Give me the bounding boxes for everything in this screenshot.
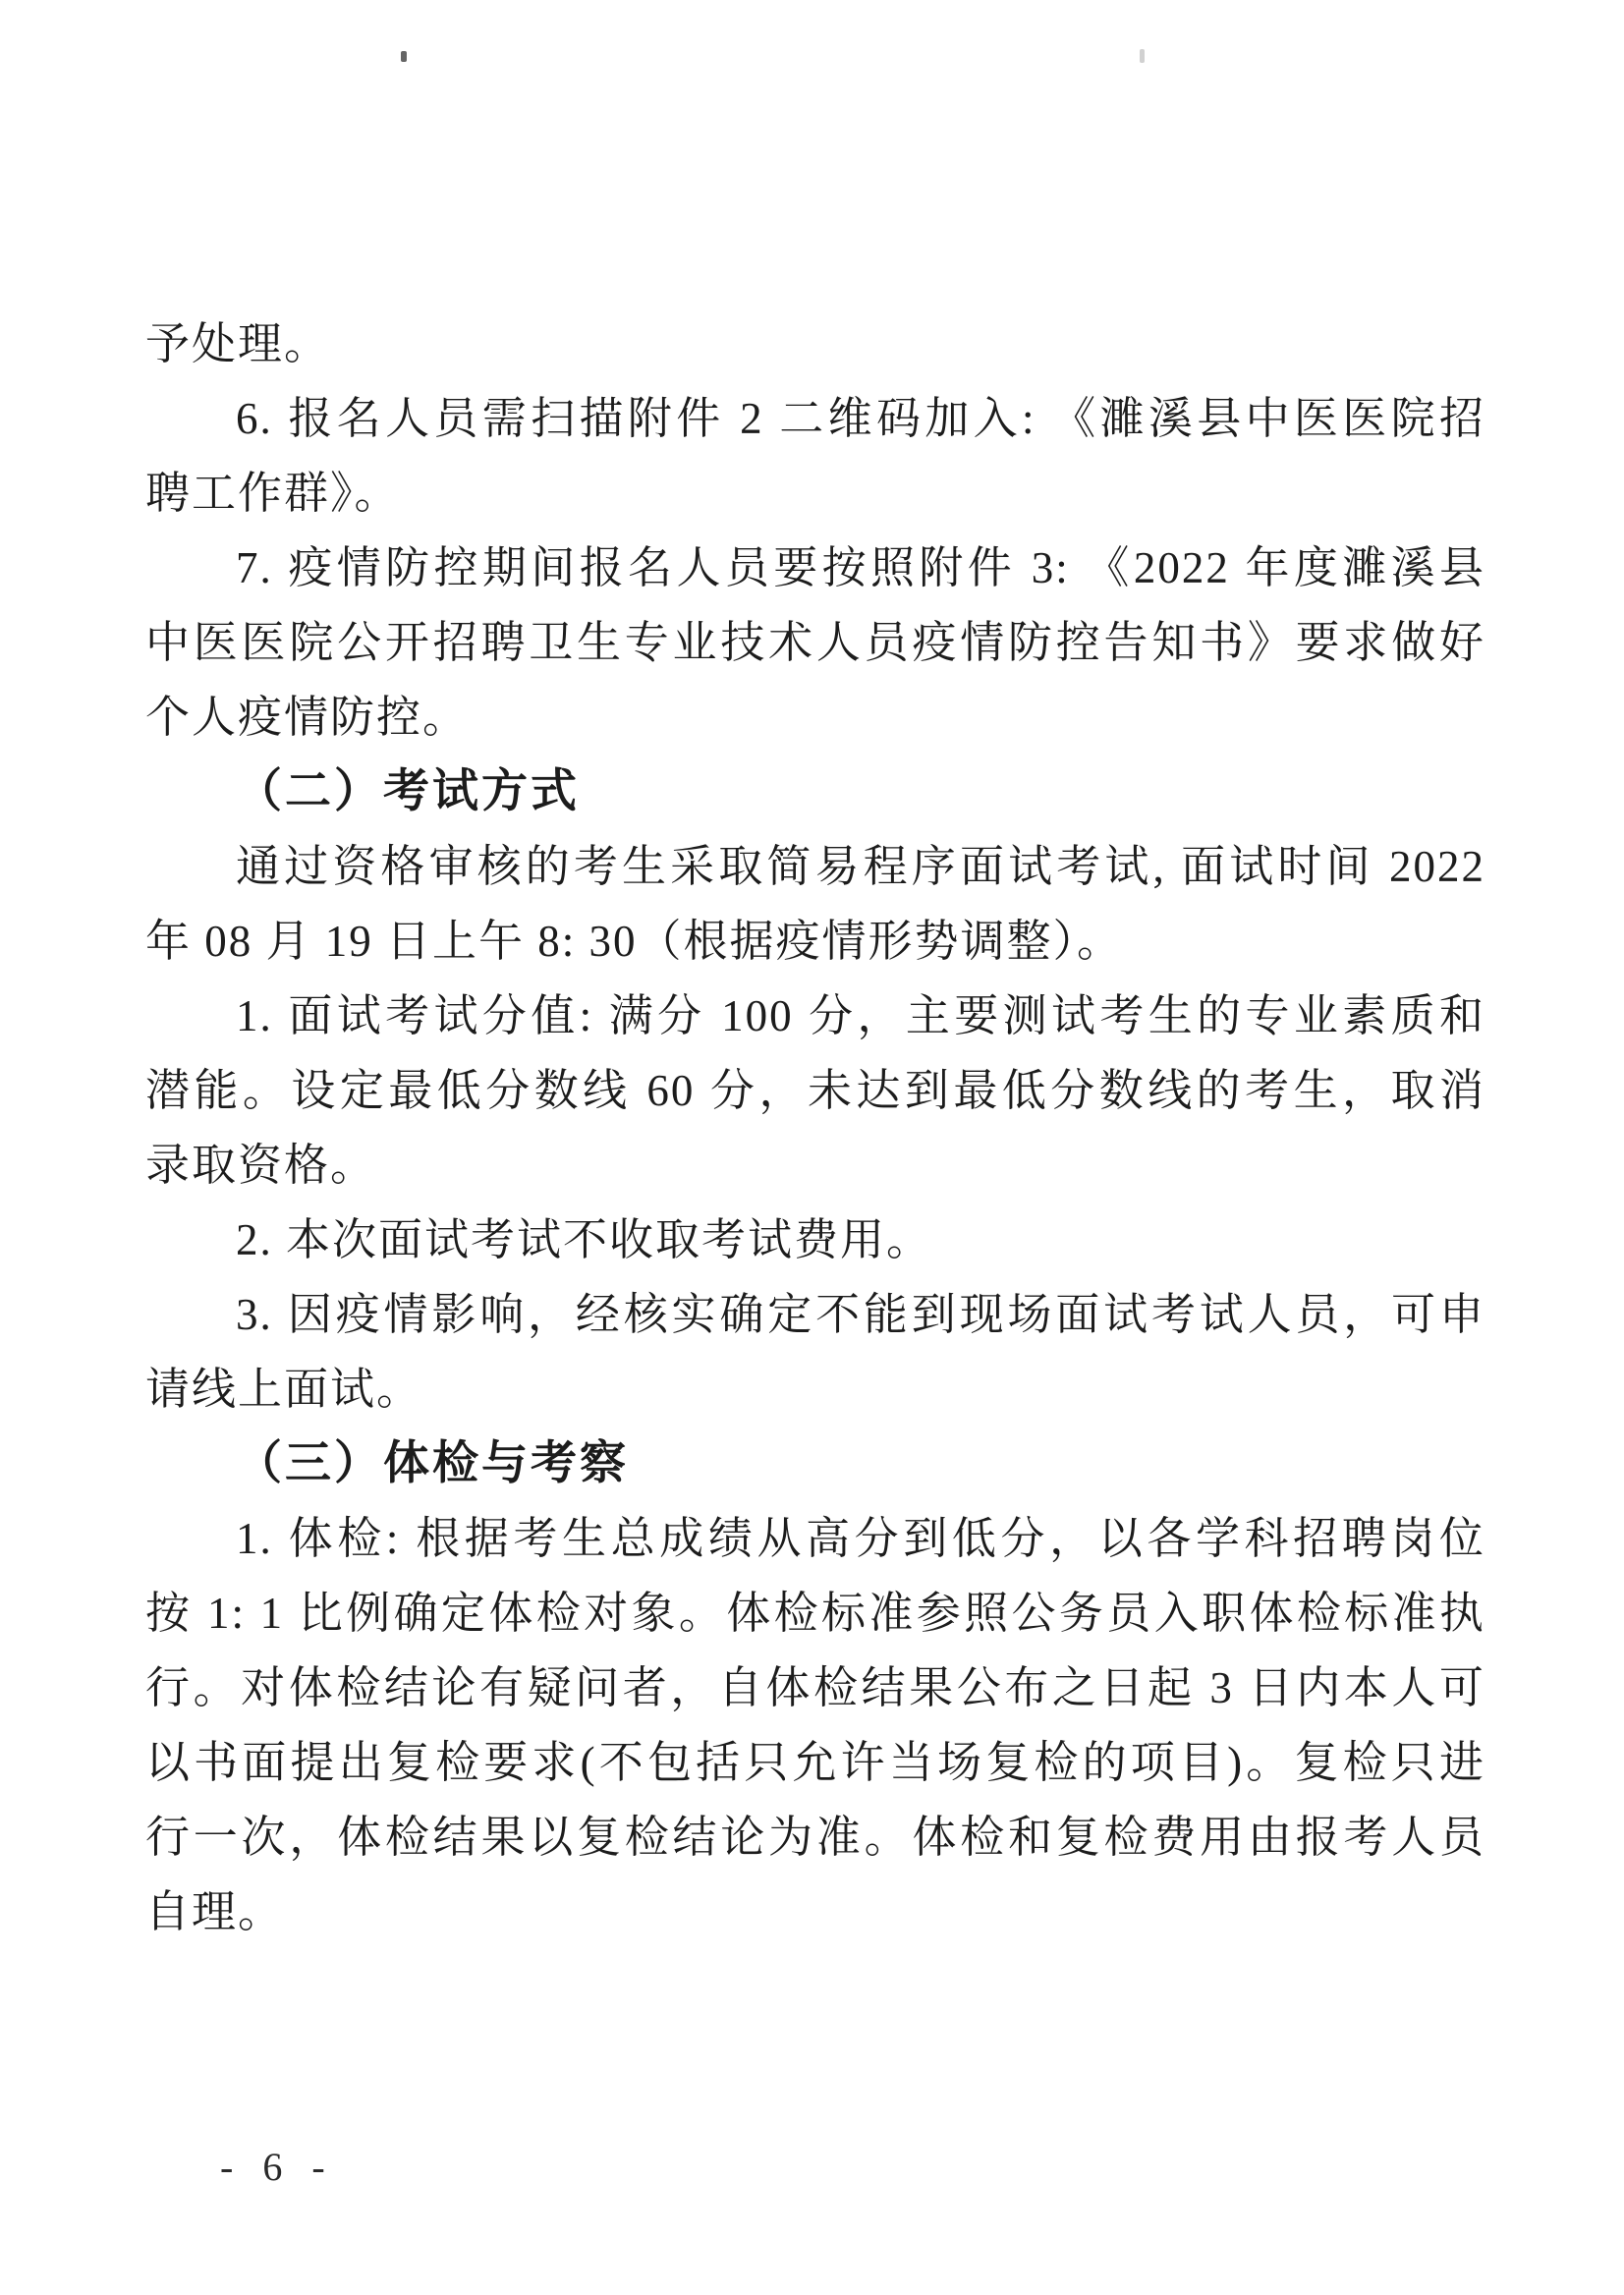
doc-line: 行。对体检结论有疑问者，自体检结果公布之日起 3 日内本人可 [145,1651,1485,1725]
doc-line: 行一次，体检结果以复检结论为准。体检和复检费用由报考人员 [145,1800,1485,1875]
doc-line: 请线上面试。 [145,1352,1485,1427]
doc-line: 1. 体检: 根据考生总成绩从高分到低分，以各学科招聘岗位 [145,1501,1485,1576]
doc-line: 中医医院公开招聘卫生专业技术人员疫情防控告知书》要求做好 [145,605,1485,680]
page-number: - 6 - [220,2144,335,2190]
doc-line: 通过资格审核的考生采取简易程序面试考试, 面试时间 2022 [145,829,1485,904]
doc-line: 以书面提出复检要求(不包括只允许当场复检的项目)。复检只进 [145,1725,1485,1800]
doc-line: 3. 因疫情影响，经核实确定不能到现场面试考试人员，可申 [145,1277,1485,1352]
doc-line: 潜能。设定最低分数线 60 分，未达到最低分数线的考生，取消 [145,1053,1485,1128]
scan-artifact-dot [401,51,407,62]
doc-line: 年 08 月 19 日上午 8: 30（根据疫情形势调整）。 [145,904,1485,979]
doc-line: 聘工作群》。 [145,456,1485,531]
doc-line: 6. 报名人员需扫描附件 2 二维码加入: 《濉溪县中医医院招 [145,381,1485,456]
doc-line: 录取资格。 [145,1128,1485,1203]
doc-line: 1. 面试考试分值: 满分 100 分，主要测试考生的专业素质和 [145,979,1485,1053]
document-page: 予处理。 6. 报名人员需扫描附件 2 二维码加入: 《濉溪县中医医院招 聘工作… [0,0,1624,2295]
doc-line: 7. 疫情防控期间报名人员要按照附件 3: 《2022 年度濉溪县 [145,531,1485,605]
scan-artifact-dot [1140,49,1145,63]
section-heading-physical-exam: （三）体检与考察 [145,1427,1485,1501]
document-body: 予处理。 6. 报名人员需扫描附件 2 二维码加入: 《濉溪县中医医院招 聘工作… [145,307,1485,1949]
doc-line: 予处理。 [145,307,1485,381]
doc-line: 自理。 [145,1875,1485,1949]
doc-line: 2. 本次面试考试不收取考试费用。 [145,1203,1485,1277]
section-heading-exam-method: （二）考试方式 [145,755,1485,829]
doc-line: 个人疫情防控。 [145,680,1485,755]
doc-line: 按 1: 1 比例确定体检对象。体检标准参照公务员入职体检标准执 [145,1576,1485,1651]
